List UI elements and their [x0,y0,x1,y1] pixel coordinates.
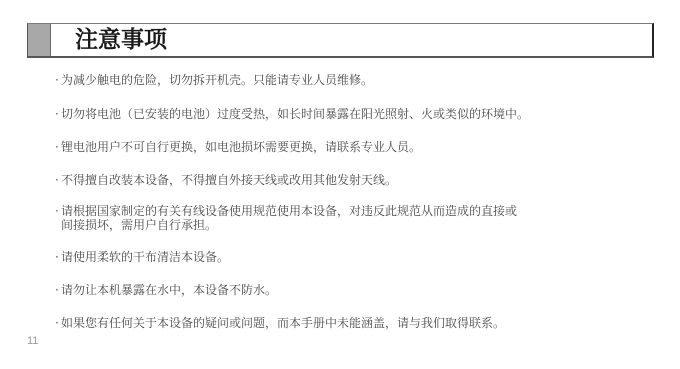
note-text: 请根据国家制定的有关有线设备使用规范使用本设备，对违反此规范从而造成的直接或 [61,204,517,218]
note-text: 不得擅自改装本设备，不得擅自外接天线或改用其他发射天线。 [61,173,397,187]
list-item: ·不得擅自改装本设备，不得擅自外接天线或改用其他发射天线。 [55,173,397,187]
note-text: 请勿让本机暴露在水中，本设备不防水。 [61,283,277,297]
list-item: ·锂电池用户不可自行更换，如电池损坏需要更换，请联系专业人员。 [55,140,421,154]
list-item: ·请使用柔软的干布清洁本设备。 [55,250,229,264]
list-item: ·为减少触电的危险，切勿拆开机壳。只能请专业人员维修。 [55,73,373,87]
header-accent-block [28,24,51,56]
section-header: 注意事项 [27,23,654,58]
list-item: ·如果您有任何关于本设备的疑问或问题，而本手册中未能涵盖，请与我们取得联系。 [55,316,505,330]
page-number: 11 [27,335,38,347]
list-item: ·切勿将电池（已安装的电池）过度受热，如长时间暴露在阳光照射、火或类似的环境中。 [55,107,529,121]
note-text: 请使用柔软的干布清洁本设备。 [61,250,229,264]
note-text: 切勿将电池（已安装的电池）过度受热，如长时间暴露在阳光照射、火或类似的环境中。 [61,107,529,121]
list-item: ·请根据国家制定的有关有线设备使用规范使用本设备，对违反此规范从而造成的直接或 … [55,204,517,232]
note-text: 如果您有任何关于本设备的疑问或问题，而本手册中未能涵盖，请与我们取得联系。 [61,316,505,330]
note-text: 锂电池用户不可自行更换，如电池损坏需要更换，请联系专业人员。 [61,140,421,154]
section-title: 注意事项 [75,25,167,55]
list-item: ·请勿让本机暴露在水中，本设备不防水。 [55,283,277,297]
note-text-continuation: 间接损坏，需用户自行承担。 [55,218,517,232]
note-text: 为减少触电的危险，切勿拆开机壳。只能请专业人员维修。 [61,73,373,87]
